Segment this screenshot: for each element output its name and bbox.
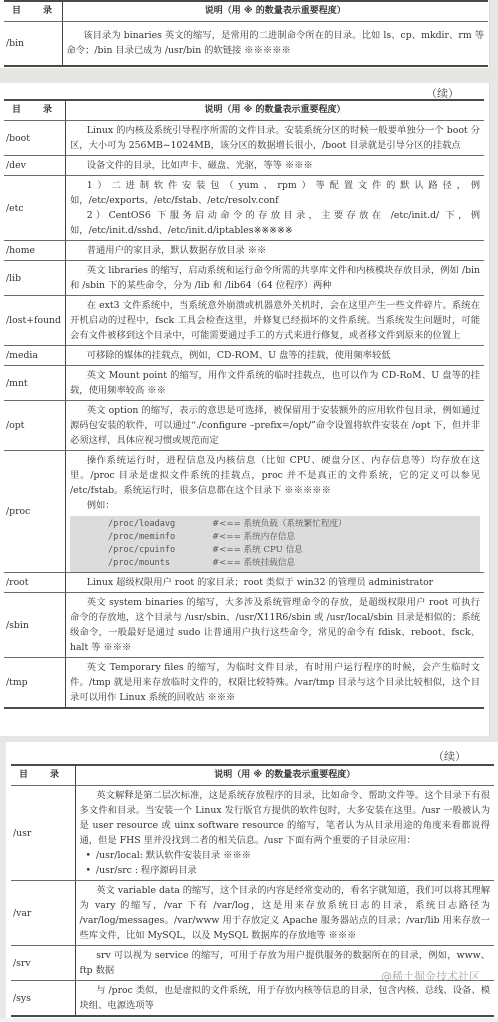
bottom-strip [0, 1018, 498, 1022]
table-row: /root Linux 超级权限用户 root 的家目录；root 类似于 wi… [4, 573, 484, 593]
example-label: 例如： [70, 498, 480, 513]
continued-label: （续） [433, 748, 466, 764]
dir-name: /root [4, 573, 65, 593]
dir-name: /tmp [4, 658, 65, 709]
table-header-row: 目录 说明（用 ※ 的数量表示重要程度） [11, 765, 494, 786]
table-row: /lost+found 在 ext3 文件系统中，当系统意外崩溃或机器意外关机时… [4, 296, 484, 346]
dir-description: 英文 Temporary files 的缩写，为临时文件目录，有时用户运行程序的… [65, 658, 484, 709]
dir-name: /lost+found [4, 296, 65, 346]
table-row: /home 普通用户的家目录，默认数据存放目录 ※※ [4, 241, 484, 261]
dir-description: 英文解释是第二层次标准，这是系统存放程序的目录，比如命令、帮助文件等。这个目录下… [75, 786, 494, 881]
code-line: /proc/mounts#<== 系统挂载信息 [108, 557, 480, 570]
dir-name: /proc [4, 451, 65, 573]
dir-name: /lib [4, 261, 65, 296]
list-item: /usr/src : 程序源码目录 [86, 863, 491, 878]
directory-table-part-2: 目录 说明（用 ※ 的数量表示重要程度） /boot Linux 的内核及系统引… [4, 99, 484, 709]
code-line: /proc/meminfo#<== 系统内存信息 [108, 531, 480, 544]
dir-description: 英文 option 的缩写，表示的意思是可选择，被保留用于安装额外的应用软件包目… [65, 401, 484, 451]
page-fragment-1: 目录 说明（用 ※ 的数量表示重要程度） /bin 该目录为 binaries … [0, 0, 490, 68]
dir-description: 普通用户的家目录，默认数据存放目录 ※※ [65, 241, 484, 261]
table-row: /lib 英文 libraries 的缩写，启动系统和运行命令所需的共享库文件和… [4, 261, 484, 296]
code-block: /proc/loadavg#<== 系统负载（系统繁忙程度） /proc/mem… [70, 516, 480, 572]
table-row: /dev 设备文件的目录，比如声卡、磁盘、光驱，等等 ※※※ [4, 156, 484, 176]
table-row: /proc 操作系统运行时，进程信息及内核信息（比如 CPU、硬盘分区、内存信息… [4, 451, 484, 573]
subdirectory-list: /usr/local: 默认软件安装目录 ※※※ /usr/src : 程序源码… [80, 848, 491, 878]
column-header-description: 说明（用 ※ 的数量表示重要程度） [62, 1, 488, 22]
dir-name: /sbin [4, 593, 65, 658]
dir-name: /sys [11, 981, 75, 1017]
page-fragment-2: （续） 目录 说明（用 ※ 的数量表示重要程度） /boot Linux 的内核… [0, 83, 490, 736]
dir-description: Linux 的内核及系统引导程序所需的文件目录。安装系统分区的时候一般要单独分一… [65, 121, 484, 156]
watermark: @稀土掘金技术社区 [381, 968, 480, 984]
dir-description: 与 /proc 类似，也是虚拟的文件系统，用于存放内核等信息的目录，包含内核、总… [75, 981, 494, 1017]
dir-description: 可移除的媒体的挂载点，例如，CD-ROM、U 盘等的挂载，使用频率较低 [65, 346, 484, 366]
dir-description: 1）二进制软件安装包（yum、rpm）等配置文件的默认路径，例如，/etc/ex… [65, 176, 484, 241]
dir-name: /dev [4, 156, 65, 176]
table-row: /usr 英文解释是第二层次标准，这是系统存放程序的目录，比如命令、帮助文件等。… [11, 786, 494, 881]
table-header-row: 目录 说明（用 ※ 的数量表示重要程度） [4, 1, 488, 22]
table-row: /boot Linux 的内核及系统引导程序所需的文件目录。安装系统分区的时候一… [4, 121, 484, 156]
table-row: /sys 与 /proc 类似，也是虚拟的文件系统，用于存放内核等信息的目录，包… [11, 981, 494, 1017]
dir-name: /bin [4, 22, 62, 66]
dir-description: 设备文件的目录，比如声卡、磁盘、光驱，等等 ※※※ [65, 156, 484, 176]
dir-description: 英文 system binaries 的缩写，大多涉及系统管理命令的存放，是超级… [65, 593, 484, 658]
dir-name: /etc [4, 176, 65, 241]
table-row: /tmp 英文 Temporary files 的缩写，为临时文件目录，有时用户… [4, 658, 484, 709]
dir-name: /boot [4, 121, 65, 156]
code-line: /proc/cpuinfo#<== 系统 CPU 信息 [108, 544, 480, 557]
table-row: /var 英文 variable data 的缩写，这个目录的内容是经常变动的，… [11, 881, 494, 946]
table-header-row: 目录 说明（用 ※ 的数量表示重要程度） [4, 100, 484, 121]
dir-description: 操作系统运行时，进程信息及内核信息（比如 CPU、硬盘分区、内存信息等）均存放在… [65, 451, 484, 573]
dir-name: /var [11, 881, 75, 946]
column-header-directory: 目录 [11, 765, 75, 786]
table-row: /opt 英文 option 的缩写，表示的意思是可选择，被保留用于安装额外的应… [4, 401, 484, 451]
dir-description: 在 ext3 文件系统中，当系统意外崩溃或机器意外关机时，会在这里产生一些文件碎… [65, 296, 484, 346]
page-fragment-3: （续） 目录 说明（用 ※ 的数量表示重要程度） /usr 英文解释是第二层次标… [6, 742, 498, 1018]
dir-name: /home [4, 241, 65, 261]
dir-description: 英文 libraries 的缩写，启动系统和运行命令所需的共享库文件和内核模块存… [65, 261, 484, 296]
dir-description: Linux 超级权限用户 root 的家目录；root 类似于 win32 的管… [65, 573, 484, 593]
table-row: /etc 1）二进制软件安装包（yum、rpm）等配置文件的默认路径，例如，/e… [4, 176, 484, 241]
table-row: /mnt 英文 Mount point 的缩写，用作文件系统的临时挂载点，也可以… [4, 366, 484, 401]
dir-name: /mnt [4, 366, 65, 401]
dir-name: /opt [4, 401, 65, 451]
dir-description: 该目录为 binaries 英文的缩写，是常用的二进制命令所在的目录。比如 ls… [62, 22, 488, 66]
code-line: /proc/loadavg#<== 系统负载（系统繁忙程度） [108, 518, 480, 531]
table-row: /sbin 英文 system binaries 的缩写，大多涉及系统管理命令的… [4, 593, 484, 658]
dir-name: /srv [11, 946, 75, 981]
dir-name: /usr [11, 786, 75, 881]
list-item: /usr/local: 默认软件安装目录 ※※※ [86, 848, 491, 863]
directory-table-part-1: 目录 说明（用 ※ 的数量表示重要程度） /bin 该目录为 binaries … [4, 0, 488, 67]
dir-description: 英文 Mount point 的缩写，用作文件系统的临时挂载点，也可以作为 CD… [65, 366, 484, 401]
table-row: /bin 该目录为 binaries 英文的缩写，是常用的二进制命令所在的目录。… [4, 22, 488, 66]
column-header-directory: 目录 [4, 100, 65, 121]
dir-name: /media [4, 346, 65, 366]
dir-description: 英文 variable data 的缩写，这个目录的内容是经常变动的，看名字就知… [75, 881, 494, 946]
column-header-directory: 目录 [4, 1, 62, 22]
column-header-description: 说明（用 ※ 的数量表示重要程度） [75, 765, 494, 786]
page-gap [0, 68, 498, 83]
column-header-description: 说明（用 ※ 的数量表示重要程度） [65, 100, 484, 121]
table-row: /media 可移除的媒体的挂载点，例如，CD-ROM、U 盘等的挂载，使用频率… [4, 346, 484, 366]
